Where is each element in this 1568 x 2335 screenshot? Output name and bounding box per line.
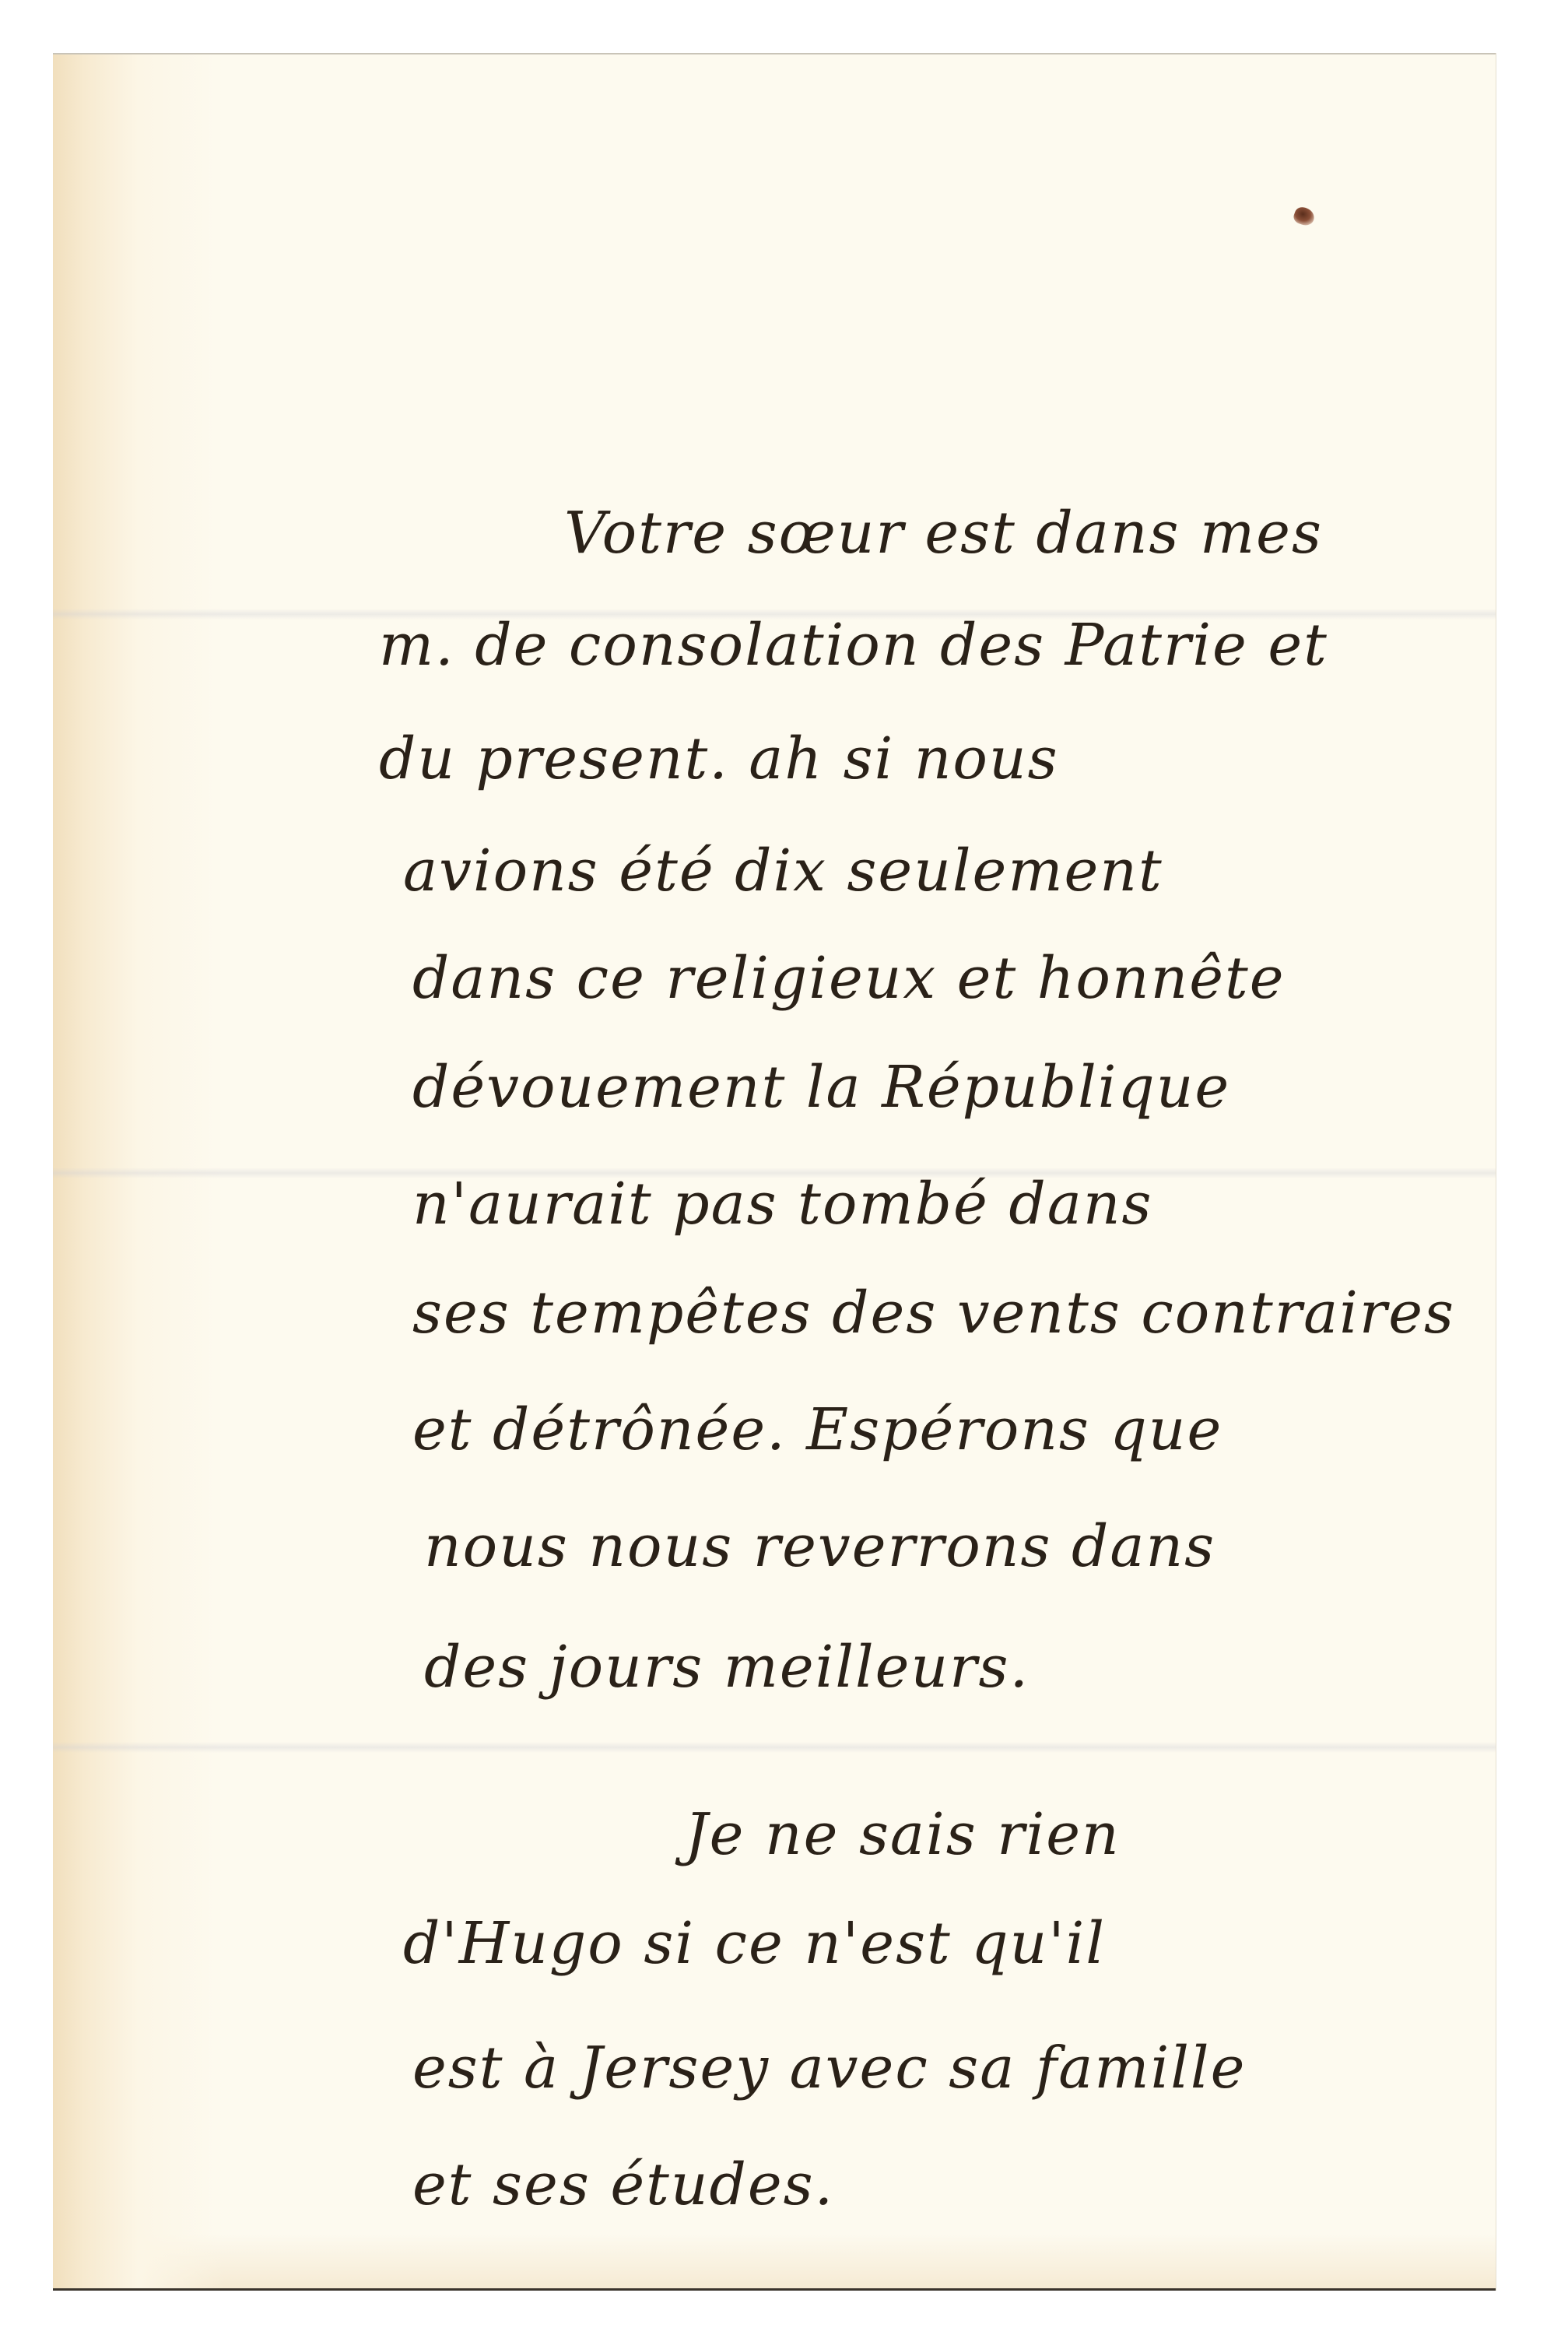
- letter-line: m. de consolation des Patrie et: [379, 616, 1328, 674]
- letter-line: Votre sœur est dans mes: [564, 504, 1323, 562]
- letter-line: dans ce religieux et honnête: [412, 950, 1286, 1007]
- letter-line: d'Hugo si ce n'est qu'il: [403, 1915, 1106, 1972]
- ink-spot-stain: [1292, 205, 1317, 228]
- letter-line: ses tempêtes des vents contraires: [412, 1284, 1455, 1342]
- letter-line: dévouement la République: [412, 1059, 1230, 1116]
- letter-line: avions été dix seulement: [403, 842, 1163, 900]
- letter-line: Je ne sais rien: [685, 1806, 1121, 1863]
- fold-crease-lower: [53, 1742, 1496, 1753]
- letter-line: est à Jersey avec sa famille: [412, 2039, 1246, 2097]
- letter-line: nous nous reverrons dans: [424, 1518, 1215, 1575]
- letter-line: des jours meilleurs.: [424, 1638, 1030, 1696]
- letter-line: et détrônée. Espérons que: [412, 1401, 1222, 1459]
- letter-line: n'aurait pas tombé dans: [412, 1175, 1152, 1233]
- letter-line: et ses études.: [412, 2156, 834, 2214]
- letter-line: du present. ah si nous: [379, 730, 1059, 788]
